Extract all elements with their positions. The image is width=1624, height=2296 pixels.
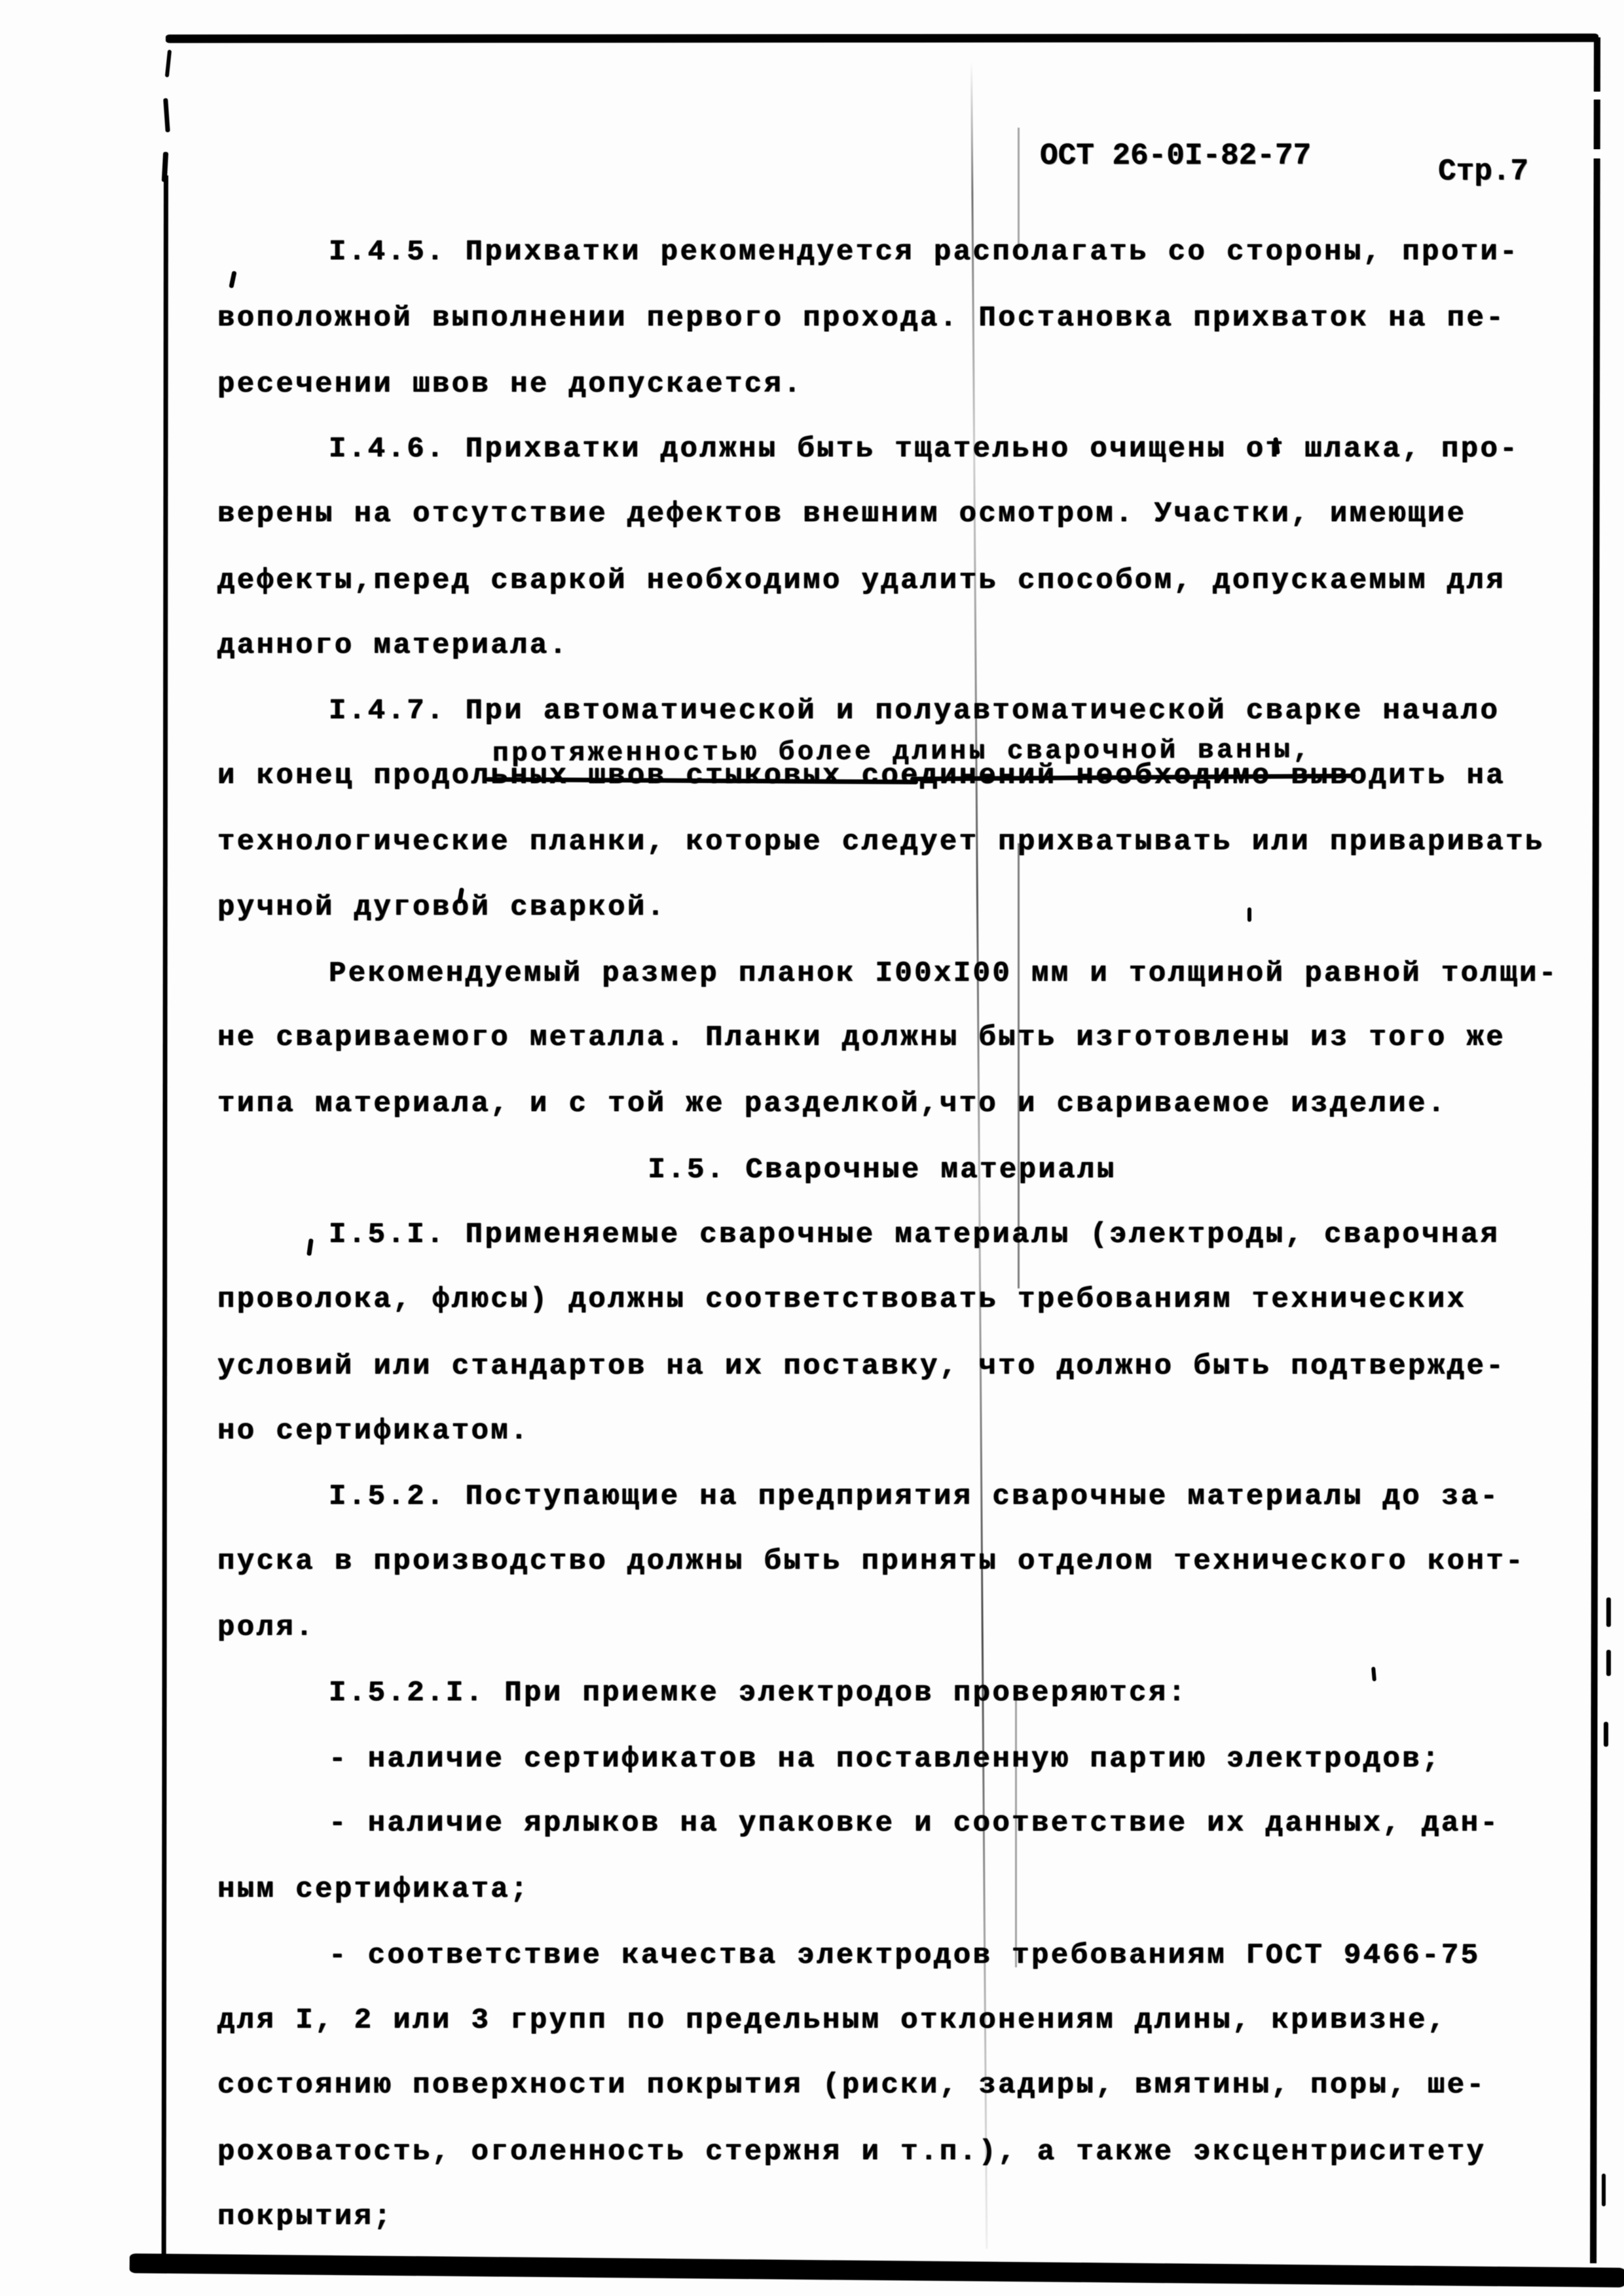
text-line: верены на отсутствие дефектов внешним ос…	[217, 481, 1547, 547]
text-line: не свариваемого металла. Планки должны б…	[217, 1005, 1547, 1070]
text-line: I.5.I. Применяемые сварочные материалы (…	[217, 1202, 1547, 1267]
header-standard-number: ОСТ 26-0I-82-77	[1040, 139, 1311, 173]
ink-mark	[165, 50, 172, 77]
text-line: ресечении швов не допускается.	[217, 352, 1547, 417]
text-line: но сертификатом.	[217, 1398, 1547, 1464]
list-item-line: - наличие сертификатов на поставленную п…	[217, 1726, 1547, 1792]
document-page: ОСТ 26-0I-82-77 Стр.7 I.4.5. Прихватки р…	[0, 0, 1624, 2296]
header-page-number: Стр.7	[1438, 155, 1528, 189]
list-item-line: - соответствие качества электродов требо…	[217, 1923, 1547, 1988]
text-line: пуска в производство должны быть приняты…	[217, 1529, 1547, 1594]
text-line: состоянию поверхности покрытия (риски, з…	[217, 2052, 1547, 2118]
text-line: воположной выполнении первого прохода. П…	[217, 285, 1547, 351]
text-line: I.4.5. Прихватки рекомендуется располага…	[217, 219, 1547, 285]
frame-right-border	[1590, 37, 1600, 2263]
document-body: I.4.5. Прихватки рекомендуется располага…	[217, 220, 1547, 2250]
text-line: типа материала, и с той же разделкой,что…	[217, 1071, 1547, 1137]
text-line: Рекомендуемый размер планок I00хI00 мм и…	[217, 941, 1547, 1006]
border-gap	[1591, 92, 1602, 100]
text-line: технологические планки, которые следует …	[217, 809, 1547, 875]
frame-bottom-border	[130, 2253, 1624, 2287]
ink-mark	[1606, 1597, 1611, 1627]
text-line: I.4.6. Прихватки должны быть тщательно о…	[217, 416, 1547, 482]
frame-top-border	[166, 33, 1598, 43]
ink-mark	[163, 98, 170, 132]
list-item-line: - наличие ярлыков на упаковке и соответс…	[217, 1791, 1547, 1856]
text-line: I.5.2.I. При приемке электродов проверяю…	[217, 1660, 1547, 1726]
text-line: условий или стандартов на их поставку, ч…	[217, 1334, 1547, 1399]
ink-mark	[1606, 1650, 1611, 1676]
frame-left-border	[162, 175, 168, 2265]
ink-mark	[1602, 2174, 1606, 2206]
text-line: I.5.2. Поступающие на предприятия свароч…	[217, 1464, 1547, 1529]
scanned-sheet: ОСТ 26-0I-82-77 Стр.7 I.4.5. Прихватки р…	[0, 0, 1624, 2296]
typed-insertion: протяженностью более длины сварочной ван…	[492, 735, 1312, 769]
text-line: роля.	[217, 1595, 1547, 1660]
border-gap	[1591, 149, 1602, 158]
text-line: дефекты,перед сваркой необходимо удалить…	[217, 548, 1547, 613]
text-line: ным сертификата;	[217, 1857, 1547, 1922]
text-line: I.4.7. При автоматической и полуавтомати…	[217, 678, 1547, 744]
text-line: ручной дуговой сваркой.	[217, 875, 1547, 940]
text-line: для I, 2 или 3 групп по предельным откло…	[217, 1988, 1547, 2053]
text-line: данного материала.	[217, 613, 1547, 678]
text-line: покрытия;	[217, 2184, 1547, 2250]
text-line: роховатость, оголенность стержня и т.п.)…	[217, 2119, 1547, 2185]
text-line: проволока, флюсы) должны соответствовать…	[217, 1267, 1547, 1332]
ink-mark	[1604, 1722, 1608, 1747]
section-heading: I.5. Сварочные материалы	[217, 1137, 1547, 1203]
